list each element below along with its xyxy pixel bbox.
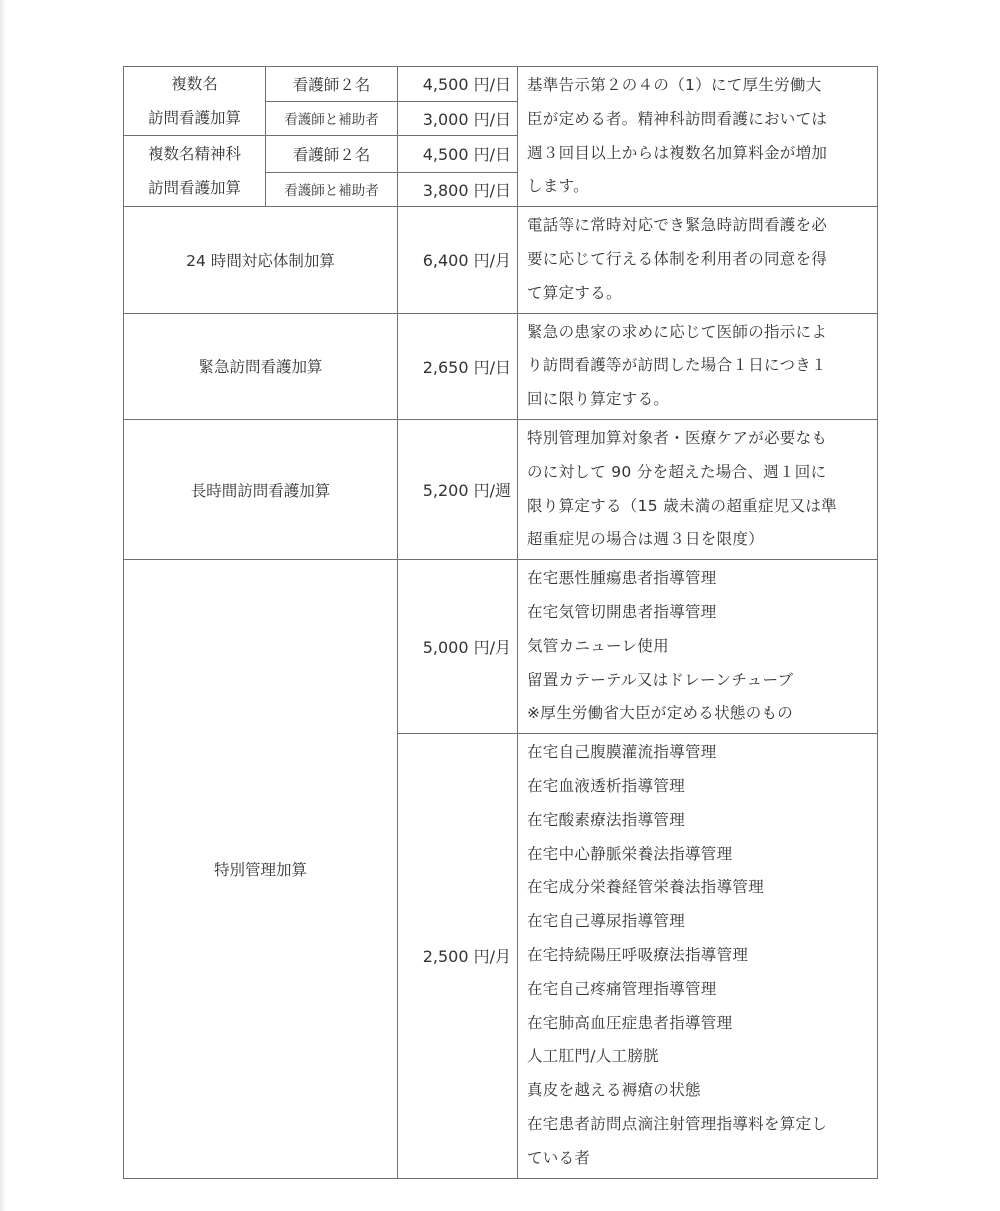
emergency-description: 緊急の患家の求めに応じて医師の指示によ り訪問看護等が訪問した場合１日につき１ … <box>518 313 878 419</box>
list-item: 在宅自己疼痛管理指導管理 <box>527 973 869 1007</box>
multi-psych-option-label: 看護師２名 <box>266 136 398 173</box>
description-line: 回に限り算定する。 <box>527 383 869 417</box>
multi-visit-description-cell: 基準告示第２の４の（1）にて厚生労働大 臣が定める者。精神科訪問看護においては … <box>518 67 878 207</box>
table-row-special-tier1: 特別管理加算 5,000 円/月 在宅悪性腫瘍患者指導管理 在宅気管切開患者指導… <box>124 560 878 734</box>
multi-visit-name-line2: 訪問看護加算 <box>124 101 265 135</box>
list-item: ている者 <box>527 1142 869 1176</box>
list-item: 留置カテーテル又はドレーンチューブ <box>527 664 869 698</box>
table-row-multi-visit-nurse2: 複数名 訪問看護加算 看護師２名 4,500 円/日 基準告示第２の４の（1）に… <box>124 67 878 102</box>
multi-visit-option-label: 看護師２名 <box>266 67 398 102</box>
description-line: 緊急の患家の求めに応じて医師の指示によ <box>527 316 869 350</box>
description-line: のに対して 90 分を超えた場合、週１回に <box>527 456 869 490</box>
description-line: 週３回目以上からは複数名加算料金が増加 <box>527 137 869 171</box>
special-tier2-price: 2,500 円/月 <box>398 734 518 1178</box>
multi-visit-option-price: 3,000 円/日 <box>398 101 518 136</box>
twentyfour-hour-description: 電話等に常時対応でき緊急時訪問看護を必 要に応じて行える体制を利用者の同意を得 … <box>518 207 878 313</box>
twentyfour-hour-price: 6,400 円/月 <box>398 207 518 313</box>
list-item: ※厚生労働省大臣が定める状態のもの <box>527 697 869 731</box>
multi-psych-option-label: 看護師と補助者 <box>266 172 398 207</box>
special-tier2-items: 在宅自己腹膜灌流指導管理 在宅血液透析指導管理 在宅酸素療法指導管理 在宅中心静… <box>518 734 878 1178</box>
multi-visit-name-cell: 複数名 訪問看護加算 <box>124 67 266 136</box>
table-row-24-hour: 24 時間対応体制加算 6,400 円/月 電話等に常時対応でき緊急時訪問看護を… <box>124 207 878 313</box>
emergency-price: 2,650 円/日 <box>398 313 518 419</box>
multi-psych-option-price: 3,800 円/日 <box>398 172 518 207</box>
table-row-long-visit: 長時間訪問看護加算 5,200 円/週 特別管理加算対象者・医療ケアが必要なも … <box>124 419 878 559</box>
table-row-emergency: 緊急訪問看護加算 2,650 円/日 緊急の患家の求めに応じて医師の指示によ り… <box>124 313 878 419</box>
description-line: します。 <box>527 170 869 204</box>
special-tier1-price: 5,000 円/月 <box>398 560 518 734</box>
list-item: 気管カニューレ使用 <box>527 630 869 664</box>
page-edge-shadow <box>0 0 6 1211</box>
list-item: 在宅酸素療法指導管理 <box>527 804 869 838</box>
multi-psych-name-line2: 訪問看護加算 <box>124 171 265 205</box>
long-visit-description: 特別管理加算対象者・医療ケアが必要なも のに対して 90 分を超えた場合、週１回… <box>518 419 878 559</box>
list-item: 在宅血液透析指導管理 <box>527 770 869 804</box>
nursing-fee-table: 複数名 訪問看護加算 看護師２名 4,500 円/日 基準告示第２の４の（1）に… <box>123 66 878 1179</box>
multi-psych-name-line1: 複数名精神科 <box>124 137 265 171</box>
list-item: 真皮を越える褥瘡の状態 <box>527 1074 869 1108</box>
list-item: 在宅肺高血圧症患者指導管理 <box>527 1007 869 1041</box>
list-item: 在宅自己導尿指導管理 <box>527 905 869 939</box>
description-line: 特別管理加算対象者・医療ケアが必要なも <box>527 422 869 456</box>
long-visit-price: 5,200 円/週 <box>398 419 518 559</box>
description-line: 限り算定する（15 歳未満の超重症児又は準 <box>527 490 869 524</box>
list-item: 人工肛門/人工膀胱 <box>527 1040 869 1074</box>
description-line: て算定する。 <box>527 277 869 311</box>
multi-psych-name-cell: 複数名精神科 訪問看護加算 <box>124 136 266 207</box>
twentyfour-hour-name: 24 時間対応体制加算 <box>124 207 398 313</box>
description-line: 電話等に常時対応でき緊急時訪問看護を必 <box>527 209 869 243</box>
special-management-name: 特別管理加算 <box>124 560 398 1178</box>
description-line: 超重症児の場合は週３日を限度） <box>527 523 869 557</box>
list-item: 在宅中心静脈栄養法指導管理 <box>527 838 869 872</box>
description-line: 臣が定める者。精神科訪問看護においては <box>527 103 869 137</box>
description-line: り訪問看護等が訪問した場合１日につき１ <box>527 349 869 383</box>
list-item: 在宅気管切開患者指導管理 <box>527 596 869 630</box>
list-item: 在宅自己腹膜灌流指導管理 <box>527 736 869 770</box>
description-line: 要に応じて行える体制を利用者の同意を得 <box>527 243 869 277</box>
description-line: 基準告示第２の４の（1）にて厚生労働大 <box>527 69 869 103</box>
special-tier1-items: 在宅悪性腫瘍患者指導管理 在宅気管切開患者指導管理 気管カニューレ使用 留置カテ… <box>518 560 878 734</box>
multi-visit-option-price: 4,500 円/日 <box>398 67 518 102</box>
list-item: 在宅患者訪問点滴注射管理指導料を算定し <box>527 1108 869 1142</box>
multi-visit-name-line1: 複数名 <box>124 67 265 101</box>
list-item: 在宅悪性腫瘍患者指導管理 <box>527 562 869 596</box>
list-item: 在宅持続陽圧呼吸療法指導管理 <box>527 939 869 973</box>
multi-visit-option-label: 看護師と補助者 <box>266 101 398 136</box>
list-item: 在宅成分栄養経管栄養法指導管理 <box>527 871 869 905</box>
long-visit-name: 長時間訪問看護加算 <box>124 419 398 559</box>
emergency-name: 緊急訪問看護加算 <box>124 313 398 419</box>
multi-psych-option-price: 4,500 円/日 <box>398 136 518 173</box>
